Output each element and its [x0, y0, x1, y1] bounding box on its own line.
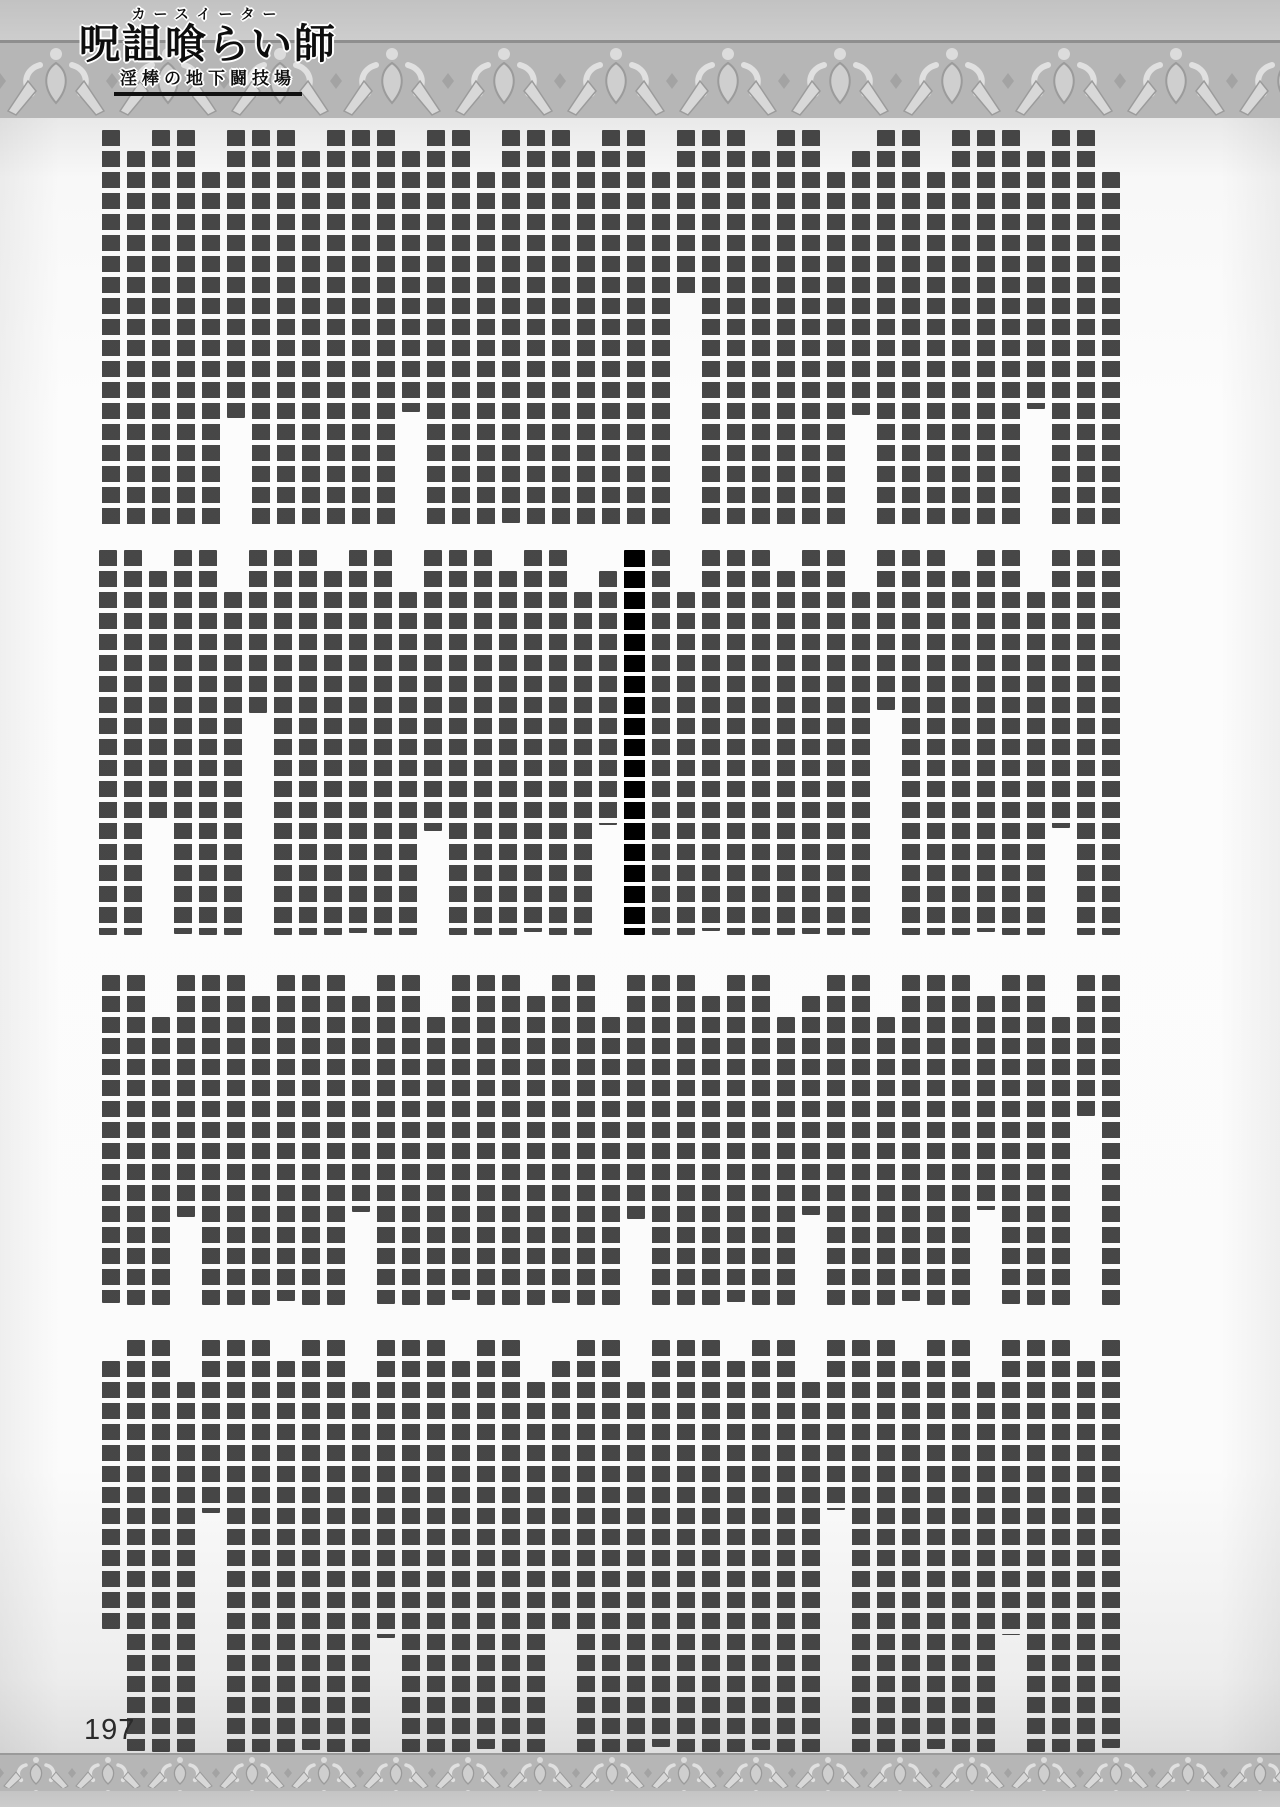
- redacted-text-column: [127, 1340, 145, 1751]
- text-band-1: [72, 130, 1120, 528]
- redacted-text-column: [827, 975, 845, 1305]
- redacted-text-column: [527, 130, 545, 528]
- redacted-text-column: [827, 172, 845, 528]
- redacted-text-column: [1077, 130, 1095, 528]
- redacted-text-column: [952, 1340, 970, 1752]
- redacted-text-column: [502, 130, 520, 523]
- redacted-text-column: [502, 975, 520, 1305]
- redacted-text-column: [1077, 975, 1095, 1116]
- ornament-pattern-small-icon: [0, 1755, 1280, 1793]
- redacted-text-column: [277, 1361, 295, 1752]
- redacted-text-column: [952, 975, 970, 1305]
- redacted-text-column: [1052, 1340, 1070, 1752]
- redacted-text-column: [852, 1340, 870, 1752]
- redacted-text-column: [499, 571, 517, 935]
- redacted-text-column: [352, 996, 370, 1212]
- redacted-text-column: [927, 975, 945, 1305]
- redacted-text-column: [1027, 151, 1045, 409]
- redacted-text-column: [477, 975, 495, 1305]
- redacted-text-column: [802, 130, 820, 528]
- redacted-text-column: [149, 571, 167, 822]
- redacted-text-column: [652, 975, 670, 1305]
- redacted-text-column: [177, 130, 195, 528]
- redacted-text-column: [627, 1382, 645, 1752]
- redacted-text-column: [852, 151, 870, 415]
- redacted-text-column: [327, 1340, 345, 1752]
- redacted-text-column: [602, 1017, 620, 1305]
- redacted-text-column: [1102, 550, 1120, 935]
- redacted-text-column: [577, 975, 595, 1305]
- redacted-text-column: [727, 550, 745, 935]
- redacted-text-column: [277, 130, 295, 528]
- redacted-text-column: [802, 1382, 820, 1752]
- redacted-text-column: [377, 130, 395, 528]
- redacted-text-column: [549, 550, 567, 935]
- redacted-text-column: [602, 1340, 620, 1752]
- redacted-text-column: [777, 571, 795, 935]
- redacted-text-column: [527, 1382, 545, 1752]
- redacted-text-column: [152, 1340, 170, 1752]
- redacted-text-column: [1077, 1361, 1095, 1752]
- redacted-text-column: [527, 996, 545, 1305]
- redacted-text-column: [127, 151, 145, 528]
- redacted-text-column: [577, 1340, 595, 1752]
- redacted-text-column: [1002, 550, 1020, 935]
- redacted-text-column: [474, 550, 492, 935]
- text-band-3: [72, 975, 1120, 1305]
- redacted-text-column: [274, 550, 292, 935]
- redacted-text-column: [1052, 1017, 1070, 1305]
- redacted-text-column: [152, 1017, 170, 1305]
- redacted-text-column: [352, 130, 370, 528]
- redacted-text-column: [202, 172, 220, 528]
- redacted-text-column: [427, 130, 445, 528]
- redacted-section-heading-column: [624, 550, 645, 935]
- redacted-text-column: [952, 130, 970, 524]
- redacted-text-column: [452, 1361, 470, 1752]
- redacted-text-column: [752, 550, 770, 935]
- redacted-text-column: [1002, 975, 1020, 1304]
- redacted-text-column: [402, 151, 420, 412]
- redacted-text-column: [877, 550, 895, 710]
- page-subtitle: 淫棒の地下闘技場: [114, 68, 302, 96]
- redacted-text-column: [1102, 1340, 1120, 1748]
- text-band-2: [72, 550, 1120, 935]
- redacted-text-column: [402, 1340, 420, 1752]
- redacted-text-column: [802, 550, 820, 934]
- redacted-text-column: [449, 550, 467, 935]
- page-number: 197: [84, 1714, 135, 1747]
- redacted-text-column: [677, 592, 695, 935]
- redacted-text-column: [927, 172, 945, 528]
- bottom-margin-strip: [0, 1791, 1280, 1807]
- redacted-text-column: [377, 1340, 395, 1638]
- redacted-text-column: [727, 1361, 745, 1752]
- redacted-text-column: [299, 550, 317, 935]
- redacted-text-column: [902, 130, 920, 528]
- redacted-text-column: [277, 975, 295, 1301]
- redacted-text-column: [877, 130, 895, 528]
- book-page: カースイーター 呪詛喰らい師 淫棒の地下闘技場 197: [0, 0, 1280, 1807]
- redacted-text-column: [224, 592, 242, 935]
- redacted-text-column: [352, 1382, 370, 1752]
- redacted-text-column: [427, 1017, 445, 1305]
- redacted-text-column: [477, 172, 495, 528]
- redacted-text-column: [752, 1340, 770, 1750]
- redacted-text-column: [877, 1017, 895, 1305]
- redacted-text-column: [627, 130, 645, 528]
- redacted-text-column: [677, 1340, 695, 1752]
- redacted-text-column: [777, 130, 795, 525]
- redacted-text-column: [552, 130, 570, 528]
- redacted-text-column: [377, 975, 395, 1304]
- redacted-text-column: [802, 996, 820, 1215]
- redacted-text-column: [1077, 550, 1095, 935]
- redacted-text-column: [602, 130, 620, 526]
- redacted-text-column: [652, 172, 670, 528]
- redacted-text-column: [677, 130, 695, 294]
- redacted-text-column: [552, 975, 570, 1303]
- redacted-text-column: [427, 1340, 445, 1752]
- redacted-text-column: [127, 975, 145, 1305]
- redacted-text-column: [777, 1340, 795, 1752]
- redacted-text-column: [302, 151, 320, 528]
- redacted-text-column: [902, 550, 920, 935]
- redacted-text-column: [652, 1340, 670, 1747]
- redacted-text-column: [424, 550, 442, 831]
- redacted-text-column: [227, 1340, 245, 1752]
- redacted-text-column: [199, 550, 217, 935]
- redacted-text-column: [252, 130, 270, 528]
- redacted-text-column: [524, 550, 542, 932]
- redacted-text-column: [252, 996, 270, 1305]
- redacted-text-column: [627, 975, 645, 1219]
- redacted-text-column: [324, 571, 342, 935]
- redacted-text-column: [102, 130, 120, 528]
- redacted-text-column: [349, 550, 367, 933]
- redacted-text-column: [452, 975, 470, 1300]
- redacted-text-column: [252, 1340, 270, 1752]
- redacted-text-column: [1052, 550, 1070, 828]
- redacted-text-column: [177, 975, 195, 1217]
- redacted-text-column: [652, 550, 670, 935]
- redacted-text-column: [577, 151, 595, 528]
- redacted-text-column: [174, 550, 192, 934]
- redacted-text-column: [902, 975, 920, 1301]
- redacted-text-column: [827, 550, 845, 935]
- redacted-text-column: [702, 996, 720, 1305]
- redacted-text-column: [102, 1361, 120, 1629]
- redacted-text-column: [502, 1340, 520, 1752]
- redacted-text-column: [124, 550, 142, 935]
- redacted-text-column: [677, 975, 695, 1305]
- redacted-text-column: [1102, 172, 1120, 528]
- redacted-text-column: [249, 550, 267, 713]
- redacted-text-column: [227, 975, 245, 1305]
- redacted-text-column: [777, 1017, 795, 1305]
- redacted-text-column: [852, 592, 870, 935]
- text-band-4: [72, 1340, 1120, 1752]
- redacted-text-column: [1027, 592, 1045, 935]
- page-title: 呪詛喰らい師: [58, 24, 358, 65]
- redacted-text-column: [702, 550, 720, 931]
- redacted-text-column: [1002, 1340, 1020, 1635]
- redacted-text-column: [374, 550, 392, 935]
- redacted-text-column: [902, 1361, 920, 1752]
- redacted-text-column: [1027, 1340, 1045, 1752]
- redacted-text-column: [227, 130, 245, 418]
- redacted-text-column: [402, 975, 420, 1305]
- redacted-text-column: [752, 151, 770, 528]
- redacted-text-column: [202, 1340, 220, 1513]
- redacted-text-column: [99, 550, 117, 935]
- redacted-text-column: [1102, 975, 1120, 1305]
- redacted-text-column: [177, 1382, 195, 1752]
- redacted-text-column: [727, 975, 745, 1302]
- redacted-text-column: [102, 975, 120, 1303]
- redacted-text-column: [702, 130, 720, 528]
- redacted-text-column: [977, 1382, 995, 1752]
- redacted-text-column: [327, 975, 345, 1305]
- redacted-text-column: [727, 130, 745, 528]
- redacted-text-column: [152, 130, 170, 526]
- bottom-ornamental-border: [0, 1753, 1280, 1796]
- redacted-text-column: [977, 130, 995, 528]
- redacted-text-column: [399, 592, 417, 935]
- redacted-text-column: [852, 975, 870, 1305]
- redacted-text-column: [452, 130, 470, 528]
- redacted-text-column: [202, 975, 220, 1305]
- redacted-text-column: [927, 1340, 945, 1749]
- redacted-text-column: [952, 571, 970, 935]
- redacted-text-column: [1002, 130, 1020, 528]
- redacted-text-column: [827, 1340, 845, 1510]
- redacted-text-column: [752, 975, 770, 1305]
- redacted-text-column: [1052, 130, 1070, 527]
- redacted-text-column: [599, 571, 617, 825]
- redacted-text-column: [552, 1361, 570, 1632]
- redacted-text-column: [477, 1340, 495, 1749]
- redacted-text-column: [302, 1340, 320, 1750]
- redacted-text-column: [977, 550, 995, 932]
- redacted-text-column: [1027, 975, 1045, 1305]
- redacted-text-column: [977, 996, 995, 1210]
- redacted-text-column: [574, 592, 592, 935]
- redacted-text-column: [702, 1340, 720, 1752]
- title-block: カースイーター 呪詛喰らい師 淫棒の地下闘技場: [58, 8, 358, 96]
- redacted-text-column: [877, 1340, 895, 1752]
- redacted-text-column: [927, 550, 945, 935]
- redacted-text-column: [327, 130, 345, 525]
- redacted-text-column: [302, 975, 320, 1305]
